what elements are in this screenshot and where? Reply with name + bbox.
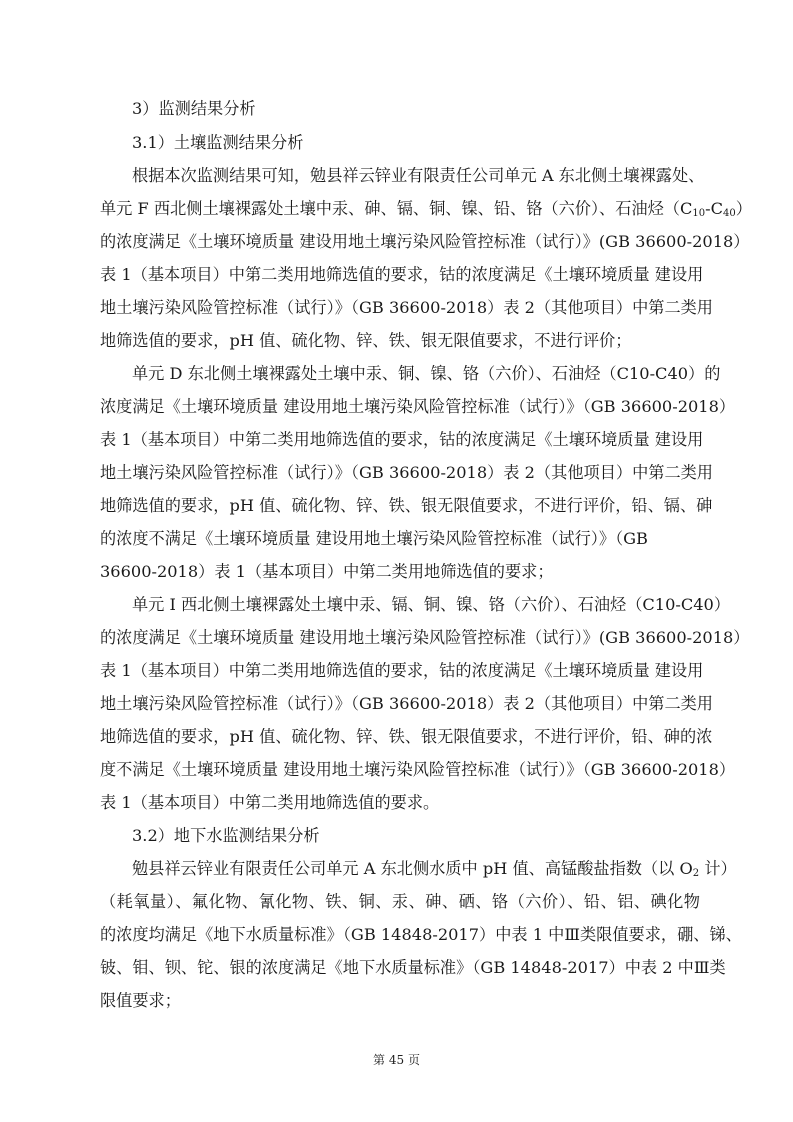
paragraph-line: 铍、钼、钡、铊、银的浓度满足《地下水质量标准》（GB 14848-2017）中表… <box>100 951 700 984</box>
paragraph-line: 的浓度均满足《地下水质量标准》（GB 14848-2017）中表 1 中Ⅲ类限值… <box>100 918 700 951</box>
paragraph-line: 根据本次监测结果可知，勉县祥云锌业有限责任公司单元 A 东北侧土壤裸露处、 <box>132 159 700 192</box>
paragraph-line: 单元 F 西北侧土壤裸露处土壤中汞、砷、镉、铜、镍、铅、铬（六价）、石油烃（C1… <box>100 192 700 225</box>
paragraph-line: 地筛选值的要求，pH 值、硫化物、锌、铁、银无限值要求，不进行评价，铅、镉、砷 <box>100 489 700 522</box>
page-number: 第 45 页 <box>0 1051 793 1068</box>
paragraph-line: 单元 D 东北侧土壤裸露处土壤中汞、铜、镍、铬（六价）、石油烃（C10-C40）… <box>132 357 700 390</box>
section-heading-3: 3）监测结果分析 <box>132 92 256 125</box>
paragraph-line: 表 1（基本项目）中第二类用地筛选值的要求，钴的浓度满足《土壤环境质量 建设用 <box>100 423 700 456</box>
text-span: 勉县祥云锌业有限责任公司单元 A 东北侧水质中 pH 值、高锰酸盐指数（以 O <box>132 859 693 878</box>
paragraph-line: 的浓度不满足《土壤环境质量 建设用地土壤污染风险管控标准（试行）》（GB <box>100 522 648 555</box>
text-span: 单元 F 西北侧土壤裸露处土壤中汞、砷、镉、铜、镍、铅、铬（六价）、石油烃（C <box>100 199 692 218</box>
paragraph-line: 地土壤污染风险管控标准（试行）》（GB 36600-2018）表 2（其他项目）… <box>100 291 700 324</box>
paragraph-line: 的浓度满足《土壤环境质量 建设用地土壤污染风险管控标准（试行）》(GB 3660… <box>100 225 700 258</box>
subscript: 10 <box>692 208 705 219</box>
paragraph-line: 的浓度满足《土壤环境质量 建设用地土壤污染风险管控标准（试行）》(GB 3660… <box>100 621 700 654</box>
paragraph-line: 地土壤污染风险管控标准（试行）》（GB 36600-2018）表 2（其他项目）… <box>100 687 700 720</box>
paragraph-line: 地筛选值的要求，pH 值、硫化物、锌、铁、银无限值要求，不进行评价； <box>100 324 631 357</box>
paragraph-line: （耗氧量）、氟化物、氰化物、铁、铜、汞、砷、硒、铬（六价）、铅、铝、碘化物 <box>100 885 700 918</box>
paragraph-line: 地筛选值的要求，pH 值、硫化物、锌、铁、银无限值要求，不进行评价，铅、砷的浓 <box>100 720 700 753</box>
paragraph-line: 地土壤污染风险管控标准（试行）》（GB 36600-2018）表 2（其他项目）… <box>100 456 700 489</box>
subscript: 40 <box>723 208 736 219</box>
paragraph-line: 浓度满足《土壤环境质量 建设用地土壤污染风险管控标准（试行）》（GB 36600… <box>100 390 700 423</box>
text-span: 计） <box>699 859 737 878</box>
paragraph-line: 表 1（基本项目）中第二类用地筛选值的要求。 <box>100 786 439 819</box>
text-span: -C <box>705 199 723 218</box>
paragraph-line: 勉县祥云锌业有限责任公司单元 A 东北侧水质中 pH 值、高锰酸盐指数（以 O2… <box>132 852 700 885</box>
paragraph-line: 限值要求； <box>100 984 181 1017</box>
paragraph-line: 36600-2018）表 1（基本项目）中第二类用地筛选值的要求； <box>100 555 554 588</box>
text-span: ） <box>736 199 752 218</box>
paragraph-line: 表 1（基本项目）中第二类用地筛选值的要求，钴的浓度满足《土壤环境质量 建设用 <box>100 258 700 291</box>
paragraph-line: 单元 I 西北侧土壤裸露处土壤中汞、镉、铜、镍、铬（六价）、石油烃（C10-C4… <box>132 588 700 621</box>
paragraph-line: 度不满足《土壤环境质量 建设用地土壤污染风险管控标准（试行）》（GB 36600… <box>100 753 700 786</box>
section-heading-3-1: 3.1）土壤监测结果分析 <box>132 126 303 159</box>
section-heading-3-2: 3.2）地下水监测结果分析 <box>132 819 320 852</box>
paragraph-line: 表 1（基本项目）中第二类用地筛选值的要求，钴的浓度满足《土壤环境质量 建设用 <box>100 654 700 687</box>
